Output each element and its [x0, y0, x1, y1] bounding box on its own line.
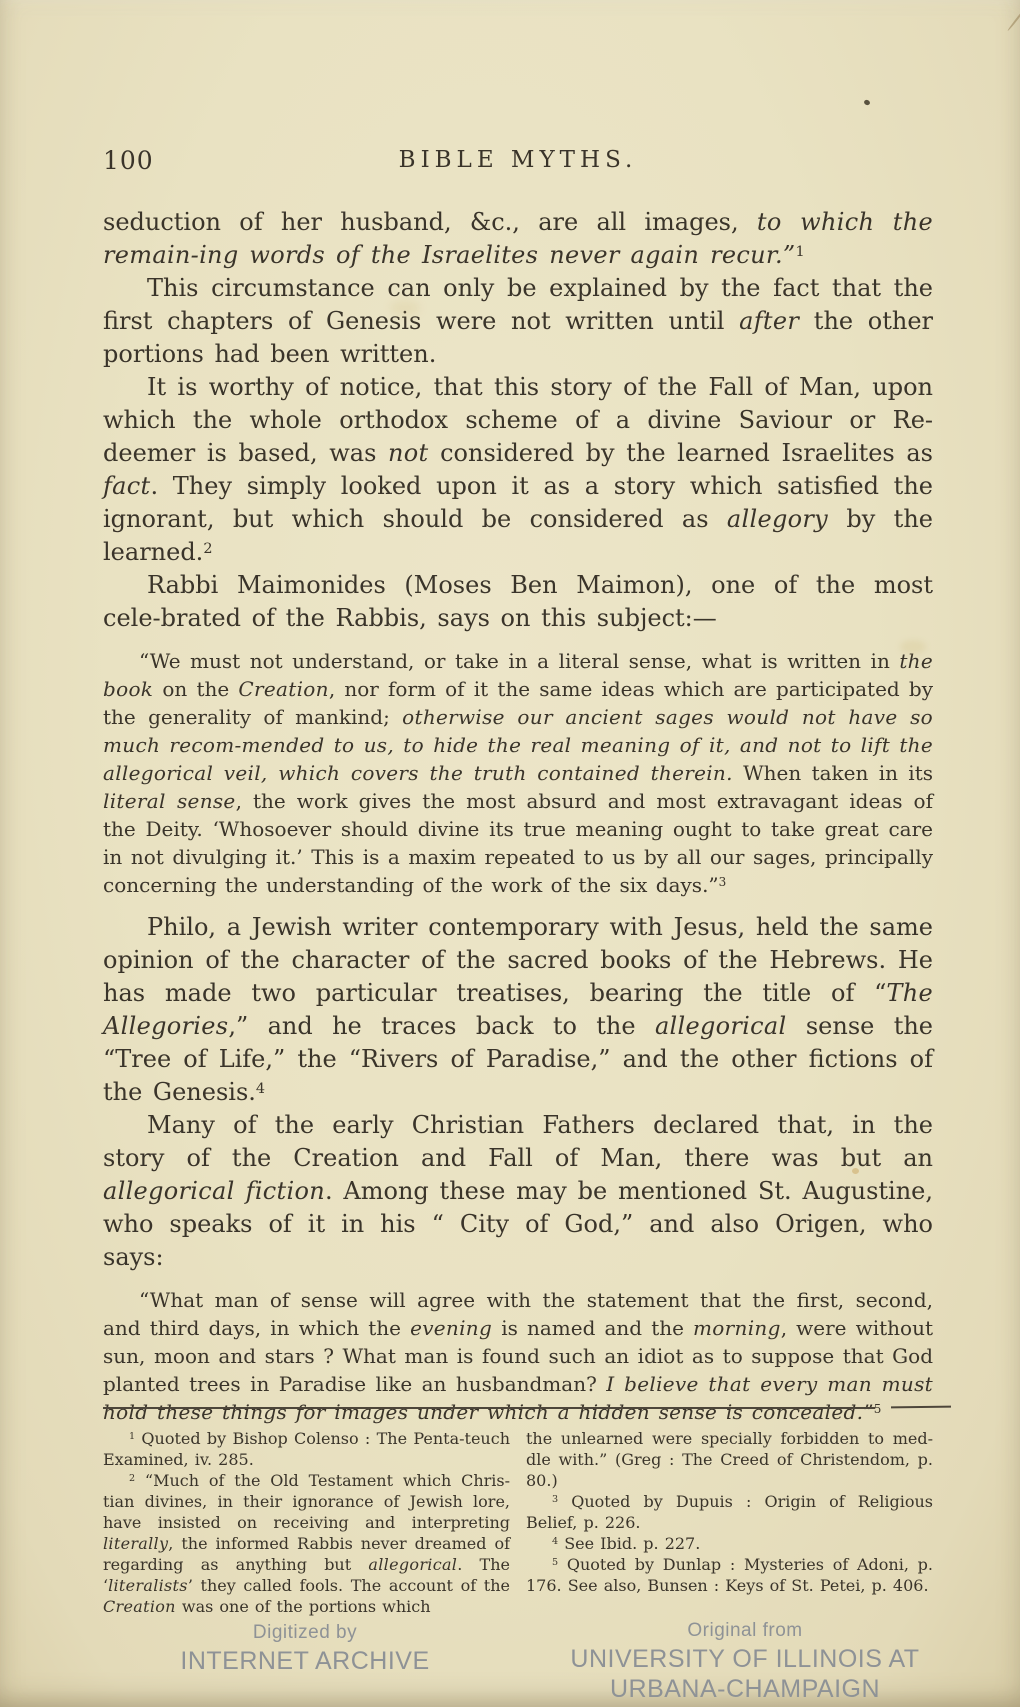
blockquote-origen: “What man of sense will agree with the s… [103, 1286, 933, 1426]
body-paragraph: seduction of her husband, &c., are all i… [103, 206, 933, 272]
scanned-book-page: 100 BIBLE MYTHS. seduction of her husban… [0, 0, 1020, 1707]
foxing-blotch [390, 300, 420, 316]
original-from-watermark: Original from UNIVERSITY OF ILLINOIS AT … [530, 1618, 960, 1704]
footnote: 5 Quoted by Dunlap : Mysteries of Adoni,… [526, 1554, 933, 1596]
body-paragraph: Rabbi Maimonides (Moses Ben Maimon), one… [103, 569, 933, 635]
footnote: 2 “Much of the Old Testament which Chris… [103, 1470, 510, 1617]
page-header: 100 BIBLE MYTHS. [103, 146, 933, 178]
foxing-blotch [900, 640, 926, 654]
original-from-label: Original from [530, 1618, 960, 1644]
footnote-rule [103, 1407, 875, 1409]
body-paragraph: This circumstance can only be explained … [103, 272, 933, 371]
body-paragraph: Philo, a Jewish writer contemporary with… [103, 911, 933, 1109]
body-paragraph: Many of the early Christian Fathers decl… [103, 1109, 933, 1274]
footnote-column-left: 1 Quoted by Bishop Colenso : The Penta-t… [103, 1428, 510, 1617]
blockquote-maimonides: “We must not understand, or take in a li… [103, 647, 933, 899]
footnotes-section: 1 Quoted by Bishop Colenso : The Penta-t… [103, 1428, 933, 1617]
body-paragraph: It is worthy of notice, that this story … [103, 371, 933, 569]
internet-archive-label: INTERNET ARCHIVE [110, 1646, 500, 1676]
footnote: 3 Quoted by Dupuis : Origin of Religious… [526, 1491, 933, 1533]
footnote: 4 See Ibid. p. 227. [526, 1533, 933, 1554]
paper-speck [863, 99, 871, 106]
page-body: seduction of her husband, &c., are all i… [103, 206, 933, 1426]
university-label: UNIVERSITY OF ILLINOIS AT [530, 1644, 960, 1674]
campus-label: URBANA-CHAMPAIGN [530, 1674, 960, 1704]
footnote-rule-segment [891, 1406, 951, 1409]
corner-scratch [1007, 7, 1020, 32]
footnote-column-right: the unlearned were specially forbidden t… [526, 1428, 933, 1617]
digitized-by-label: Digitized by [110, 1620, 500, 1646]
running-title: BIBLE MYTHS. [103, 147, 933, 173]
paper-speck [852, 1168, 859, 1174]
footnote: 1 Quoted by Bishop Colenso : The Penta-t… [103, 1428, 510, 1470]
footnote-continuation: the unlearned were specially forbidden t… [526, 1428, 933, 1491]
digitized-by-watermark: Digitized by INTERNET ARCHIVE [110, 1620, 500, 1676]
